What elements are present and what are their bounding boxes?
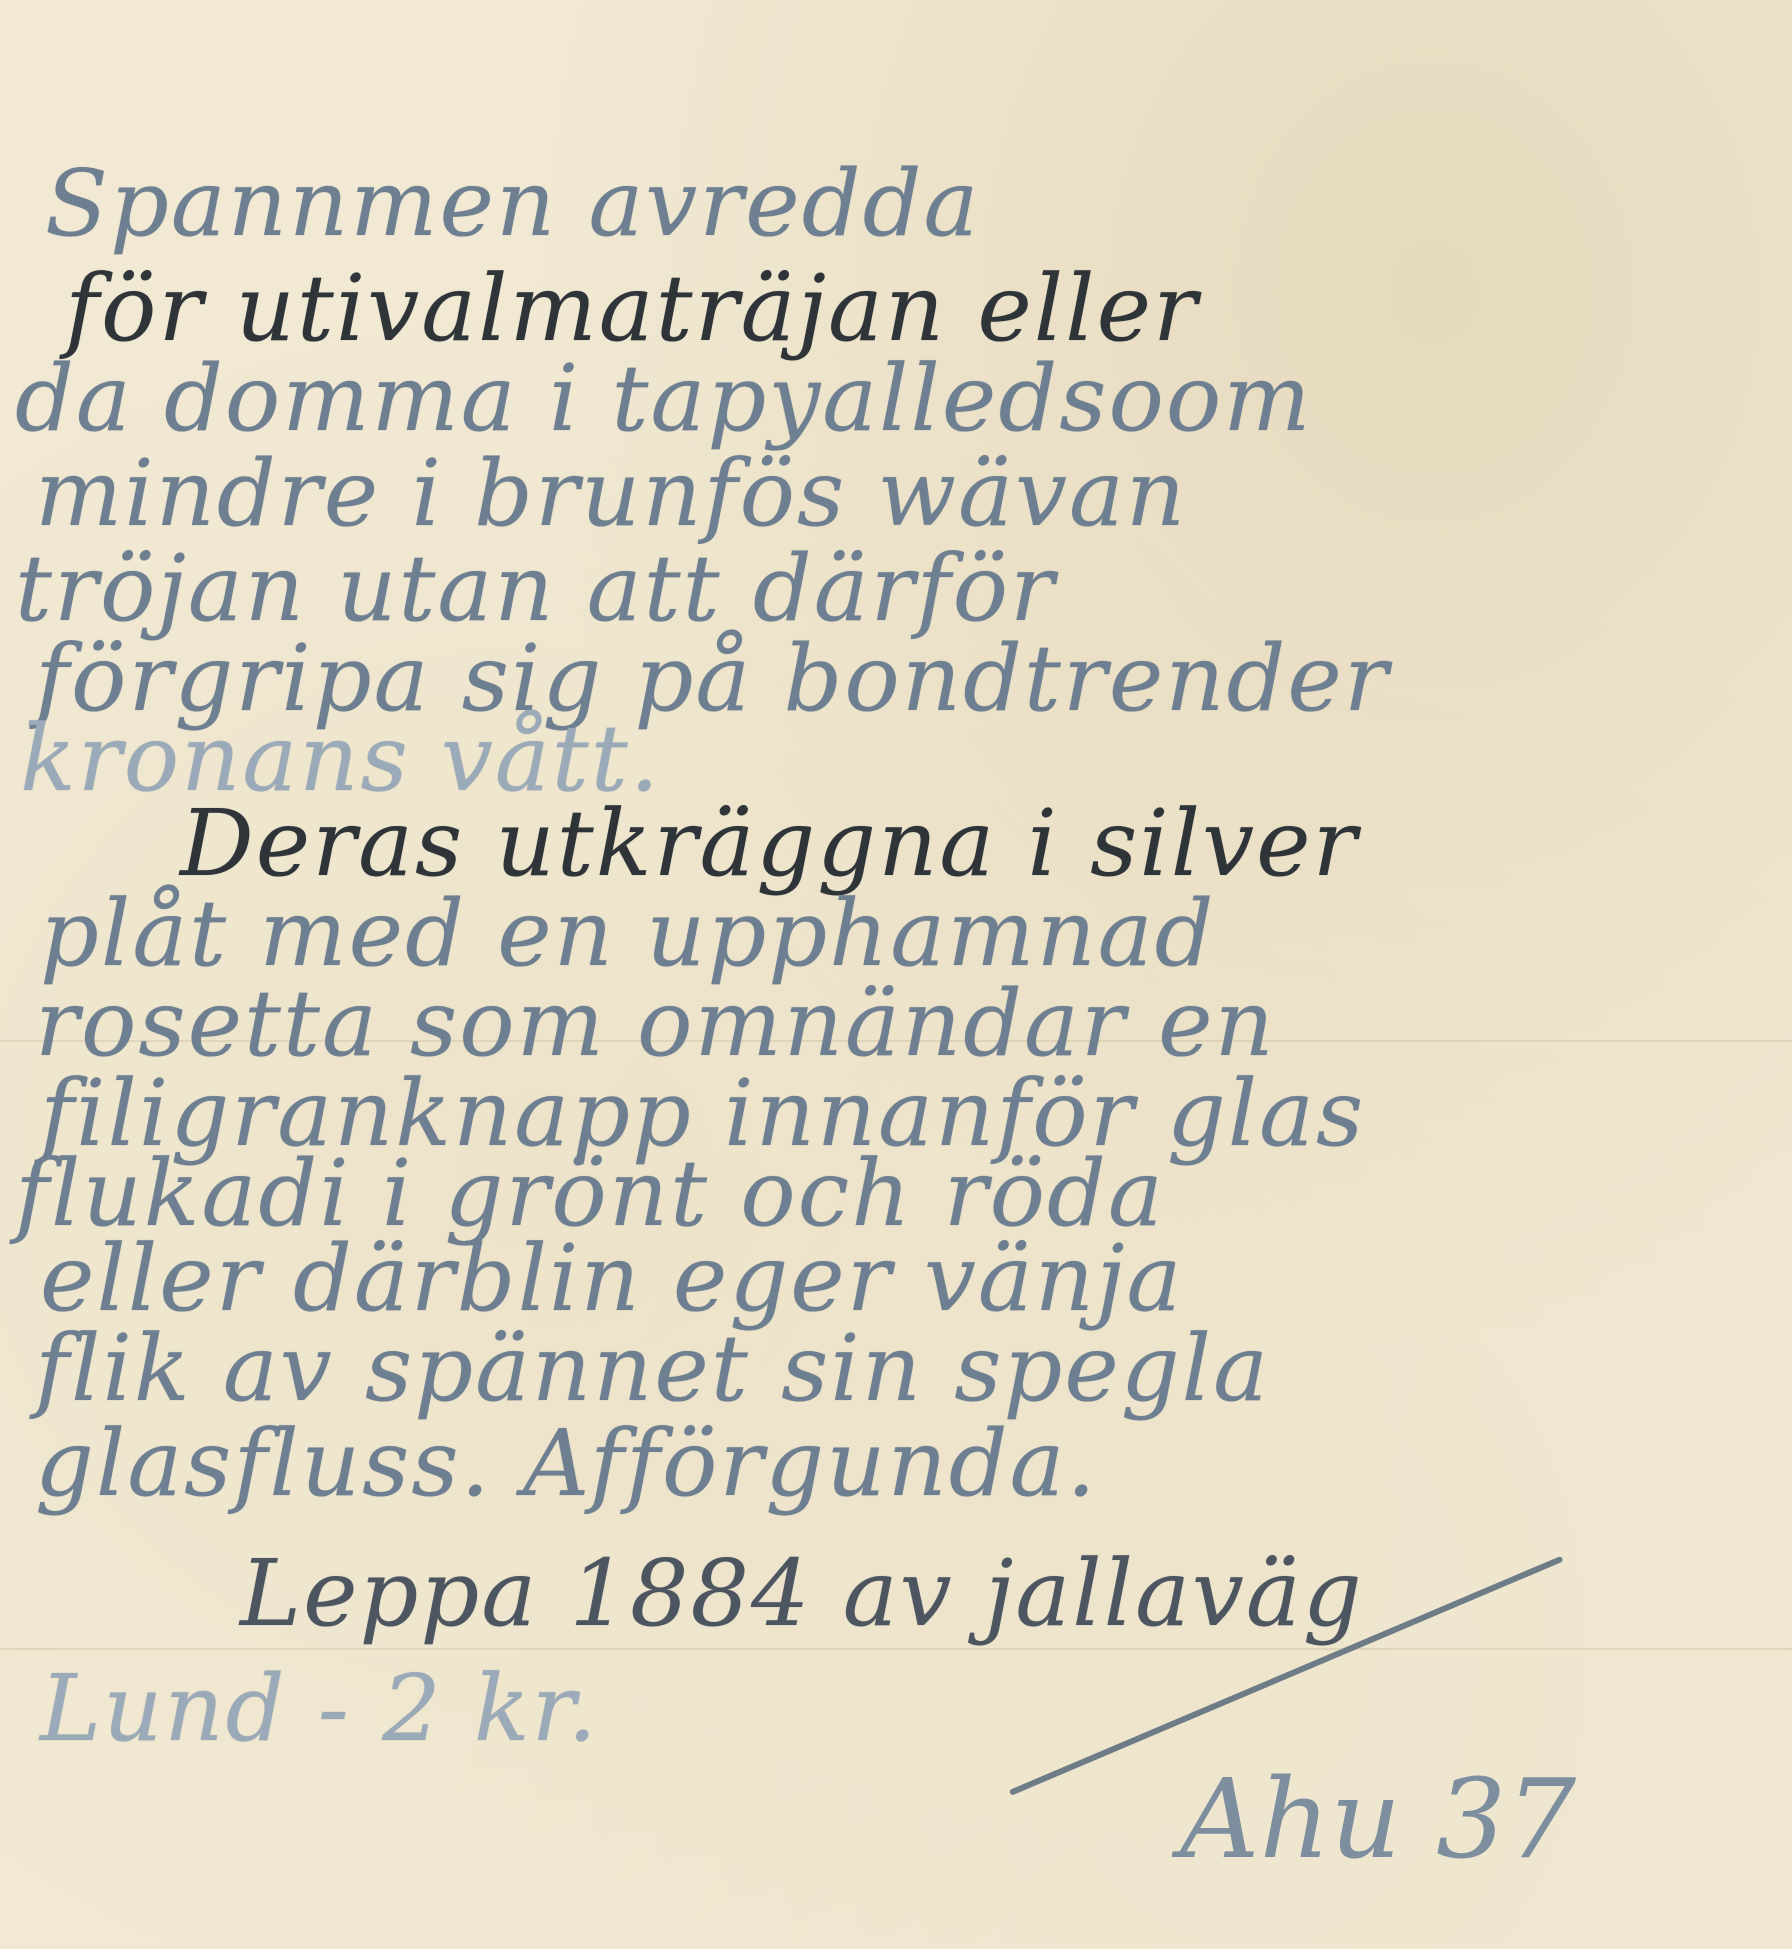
line-1: Spannmen avredda bbox=[45, 150, 980, 257]
signature: Ahu 37 bbox=[1180, 1755, 1576, 1883]
line-15: glasfluss. Afförgunda. bbox=[35, 1410, 1098, 1517]
line-4: mindre i brunfös wävan bbox=[35, 440, 1187, 547]
line-14: flik av spännet sin spegla bbox=[35, 1315, 1270, 1422]
paper-fold bbox=[0, 1648, 1792, 1650]
price-line: Lund - 2 kr. bbox=[40, 1655, 599, 1762]
line-3: da domma i tapyalledsoom bbox=[15, 345, 1312, 452]
date-line: Leppa 1884 av jallaväg bbox=[240, 1540, 1364, 1647]
